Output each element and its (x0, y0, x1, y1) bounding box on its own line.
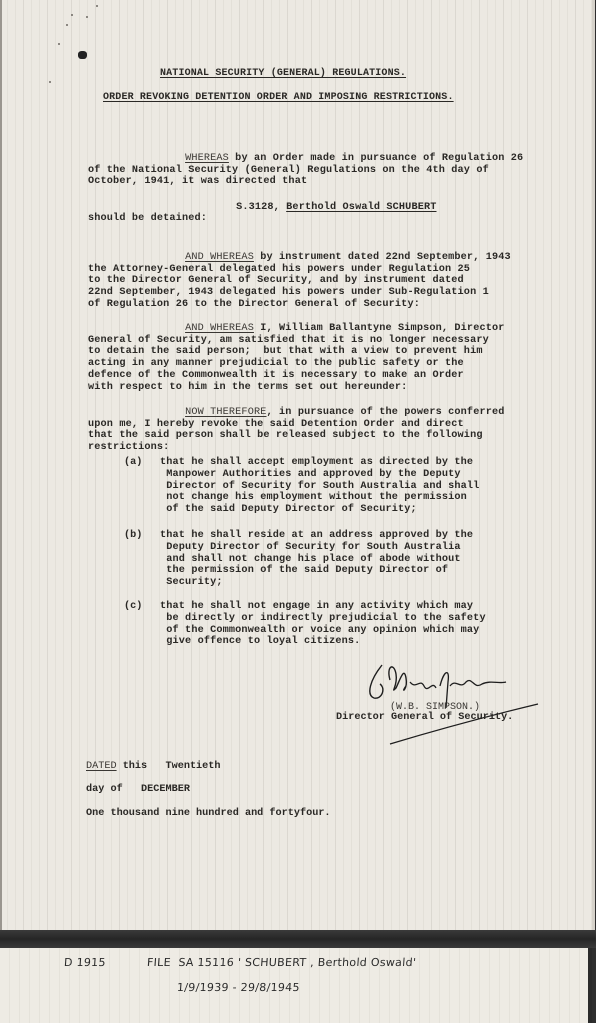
document-page: NATIONAL SECURITY (GENERAL) REGULATIONS.… (0, 0, 595, 930)
para3-line: General of Security, am satisfied that i… (88, 335, 489, 346)
para3-line: defence of the Commonwealth it is necess… (88, 370, 464, 381)
file-date-range: 1/9/1939 - 29/8/1945 (177, 981, 301, 994)
para2-line: 22nd September, 1943 delegated his power… (88, 287, 489, 298)
para4-line: restrictions: (88, 442, 169, 453)
para2-line: to the Director General of Security, and… (88, 275, 464, 286)
restriction-label: (c) (124, 601, 142, 612)
restriction-line: of the Commonwealth or voice any opinion… (160, 625, 479, 636)
paragraph-now-therefore: NOW THEREFORE, in pursuance of the power… (88, 395, 505, 454)
whereas-lead: WHEREAS (185, 153, 229, 164)
restriction-line: Manpower Authorities and approved by the… (160, 469, 461, 480)
para3-line: acting in any manner prejudicial to the … (88, 358, 464, 369)
para2-line: of Regulation 26 to the Director General… (88, 299, 420, 310)
para2-line: by instrument dated 22nd September, 1943 (254, 252, 511, 263)
restriction-line: that he shall accept employment as direc… (160, 457, 473, 468)
signatory-title: Director General of Security. (336, 712, 513, 723)
dated-day: this Twentieth (117, 761, 221, 772)
scan-background-band (0, 930, 596, 948)
restriction-line: give offence to loyal citizens. (160, 636, 360, 647)
speck (71, 14, 73, 16)
para1-line: October, 1941, it was directed that (88, 176, 307, 187)
restriction-line: and shall not change his place of abode … (160, 554, 461, 565)
restriction-text: that he shall not engage in any activity… (160, 601, 486, 648)
restriction-text: that he shall accept employment as direc… (160, 457, 479, 516)
and-whereas-lead: AND WHEREAS (185, 252, 254, 263)
ink-smudge (78, 51, 87, 59)
detainee-number: S.3128, (236, 202, 286, 213)
dated-year-line: One thousand nine hundred and fortyfour. (86, 808, 331, 819)
restriction-line: not change his employment without the pe… (160, 492, 467, 503)
file-reference: D 1915 (64, 956, 107, 969)
file-annotation-slip: D 1915 FILE SA 15116 ' SCHUBERT , Bertho… (0, 948, 592, 1023)
restriction-line: Deputy Director of Security for South Au… (160, 542, 461, 553)
detainee-name: Berthold Oswald SCHUBERT (286, 202, 436, 213)
restriction-line: be directly or indirectly prejudicial to… (160, 613, 486, 624)
para3-line: with respect to him in the terms set out… (88, 382, 407, 393)
document-heading: NATIONAL SECURITY (GENERAL) REGULATIONS. (160, 68, 406, 79)
now-therefore-lead: NOW THEREFORE (185, 407, 266, 418)
para3-line: I, William Ballantyne Simpson, Director (254, 323, 505, 334)
speck (58, 43, 60, 45)
para4-line: , in pursuance of the powers conferred (267, 407, 505, 418)
paragraph-whereas: WHEREAS by an Order made in pursuance of… (88, 141, 523, 188)
para3-line: to detain the said person; but that with… (88, 346, 483, 357)
para1-line: by an Order made in pursuance of Regulat… (229, 153, 523, 164)
speck (96, 5, 98, 7)
restriction-line: the permission of the said Deputy Direct… (160, 565, 448, 576)
detainee-line: S.3128, Berthold Oswald SCHUBERT (211, 191, 437, 225)
para2-line: the Attorney-General delegated his power… (88, 264, 470, 275)
dated-month-line: day of DECEMBER (86, 784, 190, 795)
restriction-label: (a) (124, 457, 142, 468)
para4-line: upon me, I hereby revoke the said Detent… (88, 419, 464, 430)
speck (86, 16, 88, 18)
speck (49, 81, 51, 83)
restriction-line: of the said Deputy Director of Security; (160, 504, 417, 515)
document-subheading: ORDER REVOKING DETENTION ORDER AND IMPOS… (103, 92, 454, 103)
dated-lead: DATED (86, 761, 117, 772)
and-whereas-lead: AND WHEREAS (185, 323, 254, 334)
restriction-line: that he shall not engage in any activity… (160, 601, 473, 612)
restriction-label: (b) (124, 530, 142, 541)
restriction-line: that he shall reside at an address appro… (160, 530, 473, 541)
paragraph-and-whereas-2: AND WHEREAS I, William Ballantyne Simpso… (88, 311, 505, 394)
restriction-text: that he shall reside at an address appro… (160, 530, 473, 589)
detained-line: should be detained: (88, 213, 207, 224)
speck (66, 24, 68, 26)
para1-line: of the National Security (General) Regul… (88, 165, 489, 176)
page-edge (0, 0, 2, 930)
dated-line: DATED this Twentieth (86, 761, 221, 772)
restriction-line: Security; (160, 577, 223, 588)
para4-line: that the said person shall be released s… (88, 430, 483, 441)
paragraph-and-whereas-1: AND WHEREAS by instrument dated 22nd Sep… (88, 240, 511, 311)
file-title: FILE SA 15116 ' SCHUBERT , Berthold Oswa… (147, 956, 417, 969)
restriction-line: Director of Security for South Australia… (160, 481, 479, 492)
